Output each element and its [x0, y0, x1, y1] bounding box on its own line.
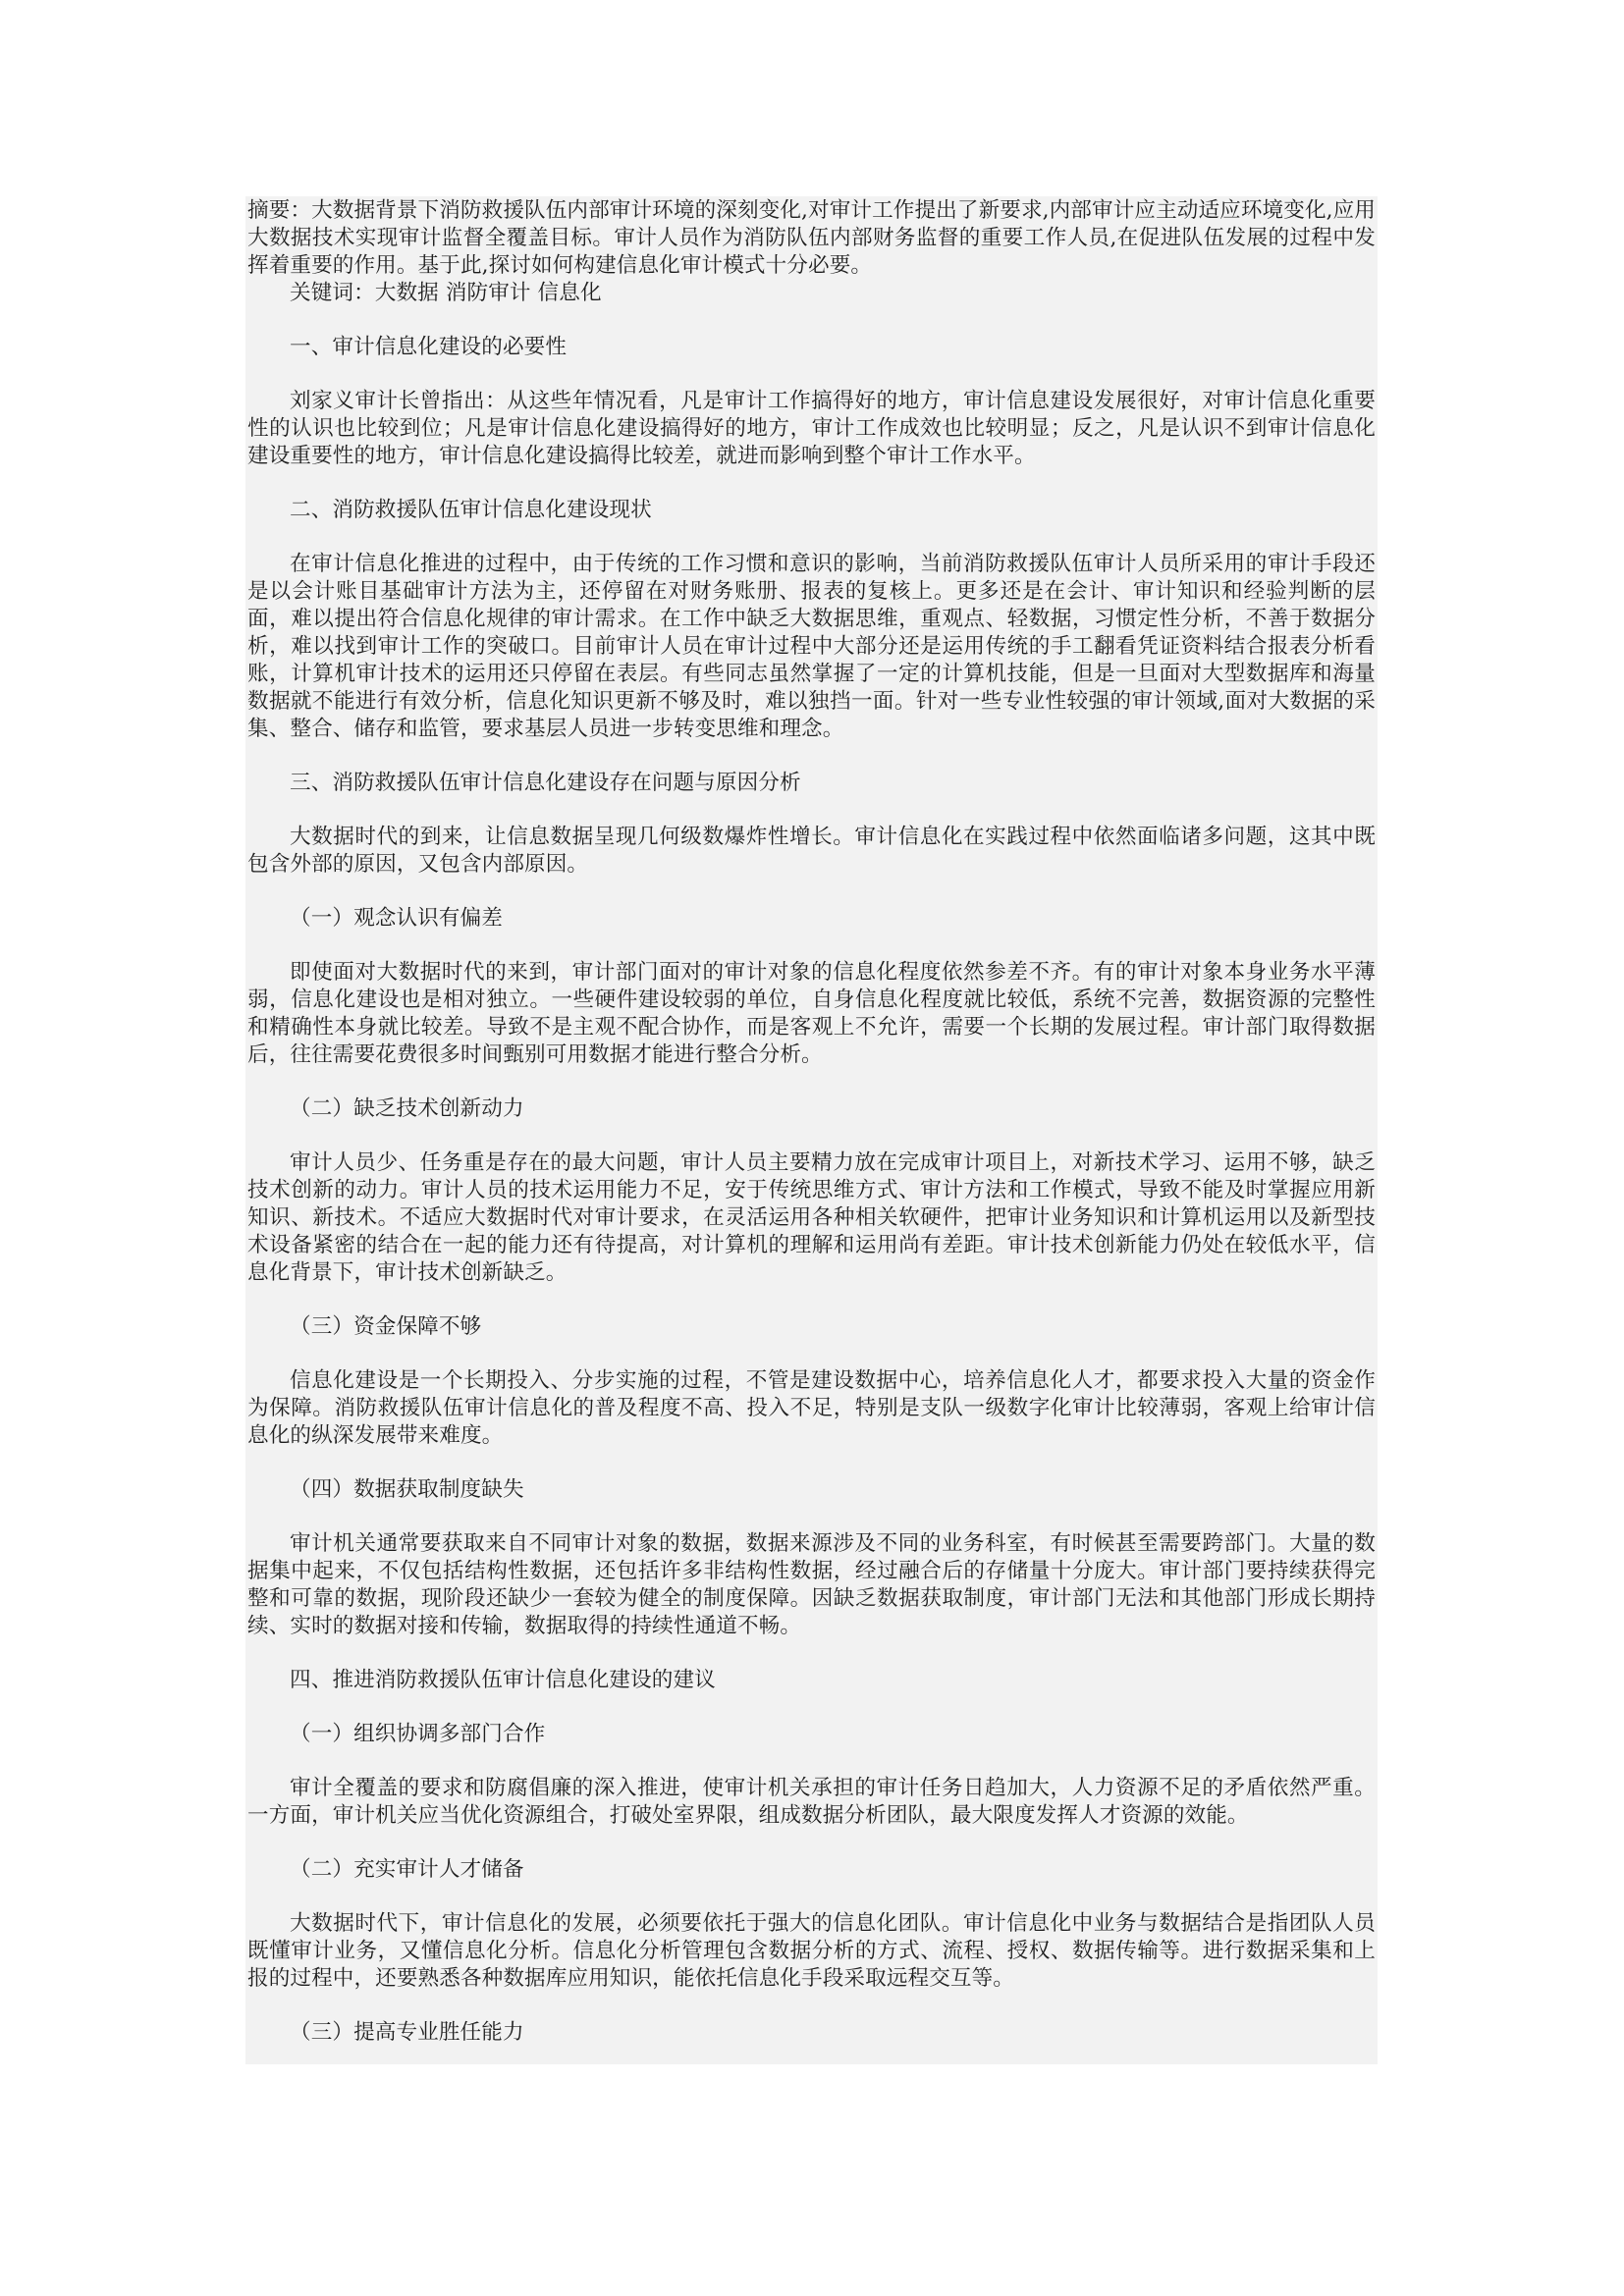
- subsection-heading-4-2: （二）充实审计人才储备: [247, 1856, 1376, 1884]
- subsection-paragraph-3-2: 审计人员少、任务重是存在的最大问题，审计人员主要精力放在完成审计项目上，对新技术…: [247, 1149, 1376, 1287]
- section-paragraph-2: 在审计信息化推进的过程中，由于传统的工作习惯和意识的影响，当前消防救援队伍审计人…: [247, 551, 1376, 743]
- section-heading-4: 四、推进消防救援队伍审计信息化建设的建议: [247, 1667, 1376, 1694]
- section-heading-3: 三、消防救援队伍审计信息化建设存在问题与原因分析: [247, 770, 1376, 797]
- subsection-paragraph-4-2: 大数据时代下，审计信息化的发展，必须要依托于强大的信息化团队。审计信息化中业务与…: [247, 1910, 1376, 1993]
- subsection-heading-3-1: （一）观念认识有偏差: [247, 905, 1376, 933]
- section-paragraph-1: 刘家义审计长曾指出：从这些年情况看，凡是审计工作搞得好的地方，审计信息建设发展很…: [247, 388, 1376, 470]
- section-heading-2: 二、消防救援队伍审计信息化建设现状: [247, 497, 1376, 524]
- section-heading-1: 一、审计信息化建设的必要性: [247, 334, 1376, 361]
- subsection-paragraph-3-3: 信息化建设是一个长期投入、分步实施的过程，不管是建设数据中心，培养信息化人才，都…: [247, 1367, 1376, 1450]
- subsection-heading-4-3: （三）提高专业胜任能力: [247, 2019, 1376, 2047]
- keywords: 关键词：大数据 消防审计 信息化: [247, 280, 1376, 307]
- subsection-heading-3-3: （三）资金保障不够: [247, 1313, 1376, 1341]
- abstract: 摘要：大数据背景下消防救援队伍内部审计环境的深刻变化,对审计工作提出了新要求,内…: [247, 197, 1376, 280]
- subsection-heading-4-1: （一）组织协调多部门合作: [247, 1721, 1376, 1748]
- document-body: 摘要：大数据背景下消防救援队伍内部审计环境的深刻变化,对审计工作提出了新要求,内…: [245, 196, 1378, 2064]
- subsection-paragraph-3-1: 即使面对大数据时代的来到，审计部门面对的审计对象的信息化程度依然参差不齐。有的审…: [247, 959, 1376, 1069]
- subsection-heading-3-4: （四）数据获取制度缺失: [247, 1476, 1376, 1504]
- subsection-heading-3-2: （二）缺乏技术创新动力: [247, 1095, 1376, 1123]
- section-paragraph-3: 大数据时代的到来，让信息数据呈现几何级数爆炸性增长。审计信息化在实践过程中依然面…: [247, 824, 1376, 879]
- subsection-paragraph-3-4: 审计机关通常要获取来自不同审计对象的数据，数据来源涉及不同的业务科室，有时候甚至…: [247, 1530, 1376, 1640]
- subsection-paragraph-4-1: 审计全覆盖的要求和防腐倡廉的深入推进，使审计机关承担的审计任务日趋加大，人力资源…: [247, 1775, 1376, 1830]
